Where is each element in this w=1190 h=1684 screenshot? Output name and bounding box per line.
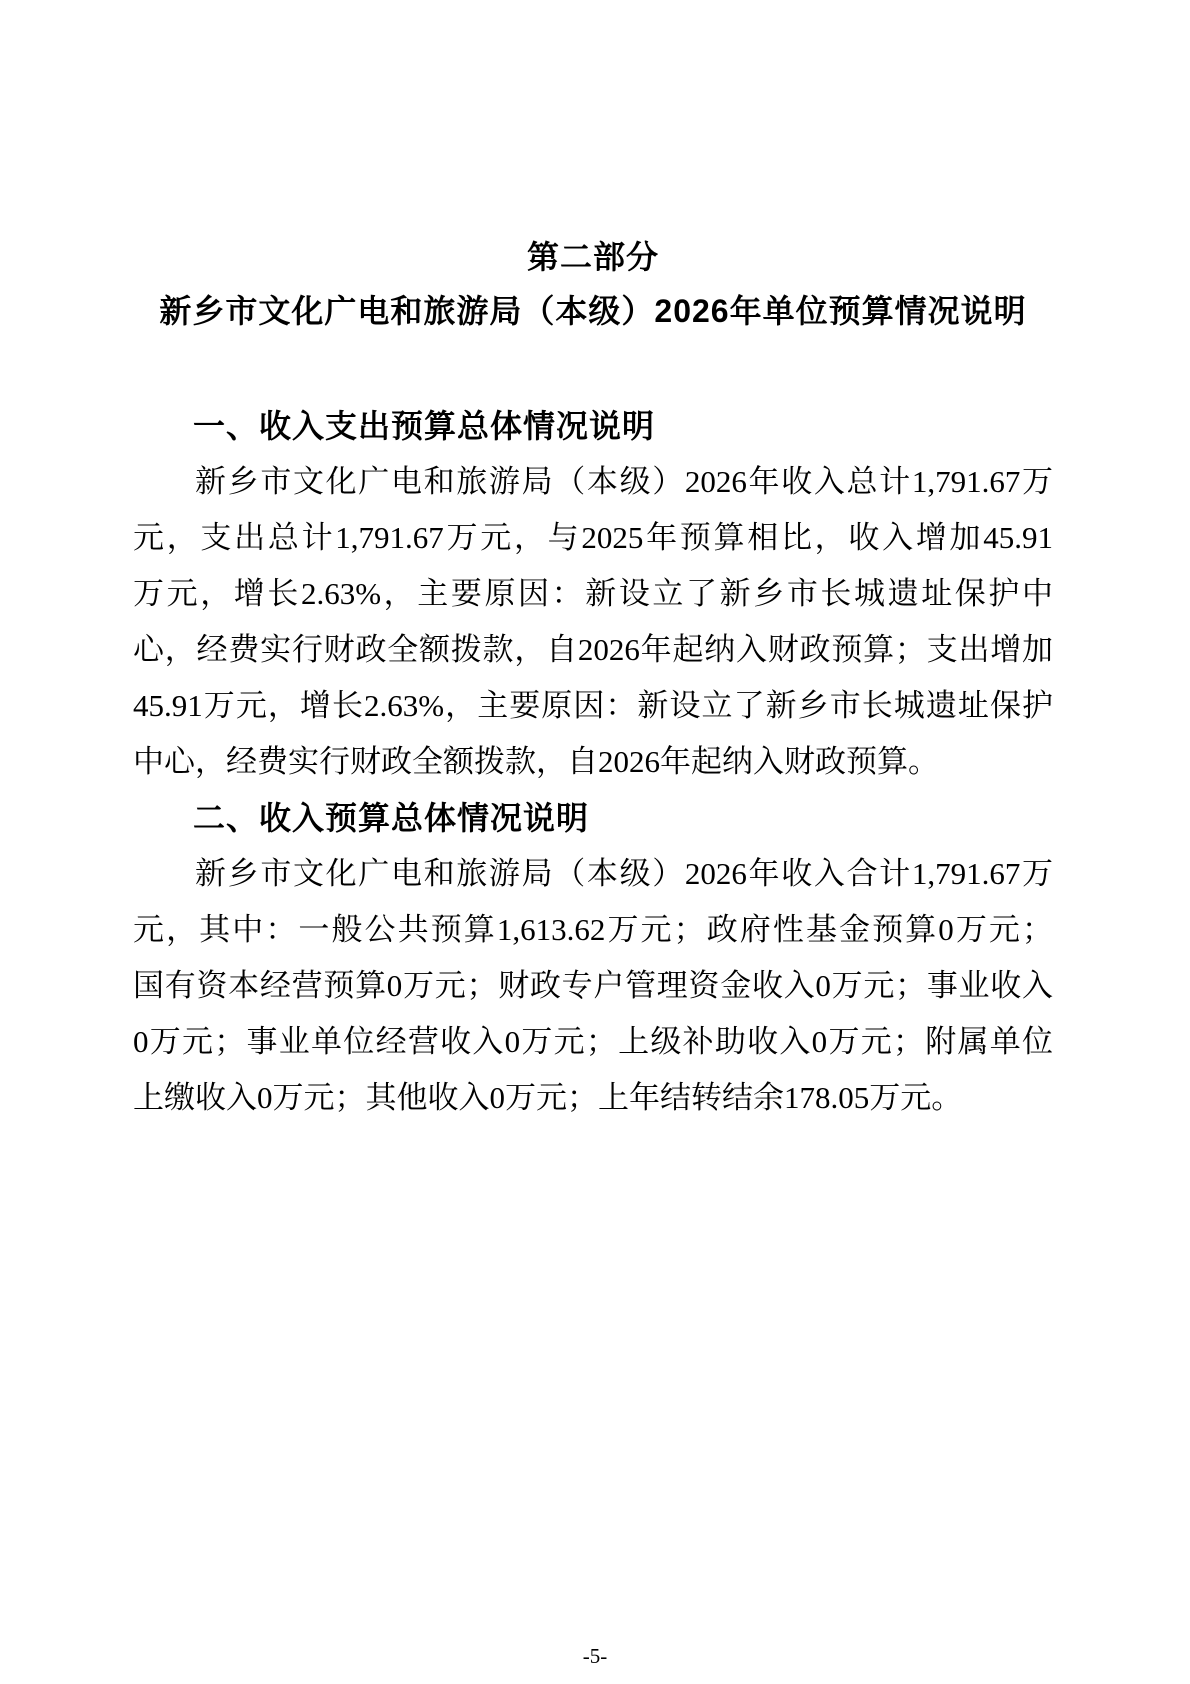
section-2-paragraph: 新乡市文化广电和旅游局（本级）2026年收入合计1,791.67万元，其中：一般… bbox=[133, 846, 1053, 1126]
document-page: 第二部分 新乡市文化广电和旅游局（本级）2026年单位预算情况说明 一、收入支出… bbox=[0, 0, 1190, 1684]
paragraph-line: 上缴收入0万元；其他收入0万元；上年结转结余178.05万元。 bbox=[133, 1070, 1053, 1126]
paragraph-line: 新乡市文化广电和旅游局（本级）2026年收入合计1,791.67万 bbox=[133, 846, 1053, 902]
section-income-budget-overview: 二、收入预算总体情况说明 新乡市文化广电和旅游局（本级）2026年收入合计1,7… bbox=[133, 790, 1053, 1126]
section-1-paragraph: 新乡市文化广电和旅游局（本级）2026年收入总计1,791.67万元，支出总计1… bbox=[133, 454, 1053, 790]
section-1-heading: 一、收入支出预算总体情况说明 bbox=[133, 398, 1053, 454]
paragraph-line: 0万元；事业单位经营收入0万元；上级补助收入0万元；附属单位 bbox=[133, 1014, 1053, 1070]
section-income-expenditure-overview: 一、收入支出预算总体情况说明 新乡市文化广电和旅游局（本级）2026年收入总计1… bbox=[133, 398, 1053, 790]
paragraph-line: 万元，增长2.63%，主要原因：新设立了新乡市长城遗址保护中 bbox=[133, 566, 1053, 622]
document-title: 新乡市文化广电和旅游局（本级）2026年单位预算情况说明 bbox=[133, 284, 1053, 338]
part-title: 第二部分 bbox=[133, 230, 1053, 284]
page-number: -5- bbox=[0, 1644, 1190, 1668]
paragraph-line: 新乡市文化广电和旅游局（本级）2026年收入总计1,791.67万 bbox=[133, 454, 1053, 510]
paragraph-line: 元，支出总计1,791.67万元，与2025年预算相比，收入增加45.91 bbox=[133, 510, 1053, 566]
paragraph-line: 心，经费实行财政全额拨款，自2026年起纳入财政预算；支出增加 bbox=[133, 622, 1053, 678]
title-gap bbox=[133, 338, 1053, 398]
section-2-heading: 二、收入预算总体情况说明 bbox=[133, 790, 1053, 846]
document-content: 第二部分 新乡市文化广电和旅游局（本级）2026年单位预算情况说明 一、收入支出… bbox=[133, 230, 1053, 1126]
paragraph-line: 45.91万元，增长2.63%，主要原因：新设立了新乡市长城遗址保护 bbox=[133, 678, 1053, 734]
paragraph-line: 国有资本经营预算0万元；财政专户管理资金收入0万元；事业收入 bbox=[133, 958, 1053, 1014]
paragraph-line: 元，其中：一般公共预算1,613.62万元；政府性基金预算0万元； bbox=[133, 902, 1053, 958]
paragraph-line: 中心，经费实行财政全额拨款，自2026年起纳入财政预算。 bbox=[133, 734, 1053, 790]
